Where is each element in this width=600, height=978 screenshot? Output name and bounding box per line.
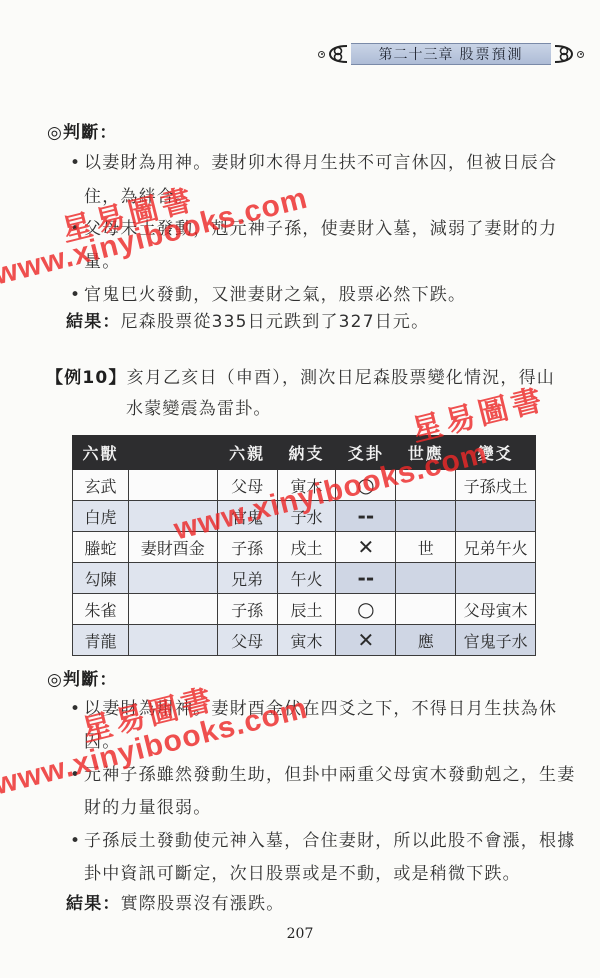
cell-change: 父母寅木	[456, 594, 536, 625]
cell-relative: 官鬼	[217, 501, 277, 532]
section1-bullet-2: •父母未土發動，剋元神子孫，使妻財入墓，減弱了妻財的力	[70, 218, 557, 240]
section2-bullet-2-cont: 財的力量很弱。	[84, 797, 211, 819]
chapter-header: 第二十三章 股票預測	[318, 40, 584, 68]
cell-branch: 午火	[277, 563, 336, 594]
cell-change: 兄弟午火	[456, 532, 536, 563]
cell-relative: 父母	[217, 470, 277, 501]
result-label: 結果：	[66, 894, 121, 914]
table-header-row: 六獸 六親 納支 爻卦 世應 變爻	[73, 436, 536, 470]
bullet-text: 父母未土發動，剋元神子孫，使妻財入墓，減弱了妻財的力	[84, 219, 557, 239]
cell-yao-moving-yin-icon: ✕	[336, 625, 396, 656]
cell-relative: 兄弟	[217, 563, 277, 594]
page-number: 207	[0, 926, 600, 942]
col-header-shiying: 世應	[396, 436, 456, 470]
hexagram-table: 六獸 六親 納支 爻卦 世應 變爻 玄武 父母 寅木 ○ 子孫戌土 白虎	[72, 435, 536, 656]
table-row: 螣蛇 妻財酉金 子孫 戌土 ✕ 世 兄弟午火	[73, 532, 536, 563]
cell-branch: 子水	[277, 501, 336, 532]
cell-shiying: 世	[396, 532, 456, 563]
chapter-number: 第二十三章	[379, 44, 454, 64]
section2-heading: ◎判斷：	[47, 669, 118, 691]
book-page: 第二十三章 股票預測 ◎判斷： •以妻財為用神。妻財卯木得月生扶不可言休囚，但被…	[0, 0, 600, 978]
ornament-dot-icon	[577, 51, 584, 58]
bullet-text: 以妻財為用神。妻財卯木得月生扶不可言休囚，但被日辰合	[84, 153, 557, 173]
cell-beast: 白虎	[73, 501, 129, 532]
col-header-branch: 納支	[277, 436, 336, 470]
result-label: 結果：	[66, 312, 121, 332]
cell-beast: 螣蛇	[73, 532, 129, 563]
cell-relative: 父母	[217, 625, 277, 656]
cell-hidden: 妻財酉金	[128, 532, 217, 563]
bullet-text: 子孫辰土發動使元神入墓，合住妻財，所以此股不會漲，根據	[84, 831, 575, 851]
bullet-dot: •	[70, 764, 84, 786]
bullet-dot: •	[70, 830, 84, 852]
chapter-title: 股票預測	[460, 44, 524, 64]
result-text: 尼森股票從335日元跌到了327日元。	[121, 312, 430, 332]
section1-bullet-3: •官鬼巳火發動，又泄妻財之氣，股票必然下跌。	[70, 284, 466, 306]
bullet-text: 官鬼巳火發動，又泄妻財之氣，股票必然下跌。	[84, 285, 466, 305]
section1-result: 結果：尼森股票從335日元跌到了327日元。	[66, 311, 429, 333]
bullet-text: 以妻財為用神。妻財酉金伏在四爻之下，不得日月生扶為休	[84, 699, 557, 719]
col-header-beast: 六獸	[73, 436, 129, 470]
cell-hidden	[128, 470, 217, 501]
cell-change	[456, 501, 536, 532]
result-text: 實際股票沒有漲跌。	[121, 894, 285, 914]
bullet-dot: •	[70, 284, 84, 306]
cell-change: 子孫戌土	[456, 470, 536, 501]
cell-beast: 勾陳	[73, 563, 129, 594]
cloud-scroll-ornament-icon	[553, 43, 575, 65]
cell-change: 官鬼子水	[456, 625, 536, 656]
section1-heading: ◎判斷：	[47, 122, 118, 144]
cell-hidden	[128, 563, 217, 594]
section2-bullet-1-cont: 囚。	[84, 731, 120, 753]
cell-hidden	[128, 625, 217, 656]
bullet-dot: •	[70, 698, 84, 720]
example-text-line1: 亥月乙亥日（申酉），測次日尼森股票變化情況，得山	[127, 368, 555, 388]
cell-shiying	[396, 594, 456, 625]
cell-yao-moving-yin-icon: ✕	[336, 532, 396, 563]
cell-branch: 寅木	[277, 625, 336, 656]
example-heading: 【例10】亥月乙亥日（申酉），測次日尼森股票變化情況，得山	[46, 367, 555, 389]
cell-branch: 戌土	[277, 532, 336, 563]
col-header-yao: 爻卦	[336, 436, 396, 470]
table-row: 玄武 父母 寅木 ○ 子孫戌土	[73, 470, 536, 501]
table-row: 勾陳 兄弟 午火 --	[73, 563, 536, 594]
cell-yao-yin-icon: --	[336, 501, 396, 532]
col-header-relative: 六親	[217, 436, 277, 470]
table-row: 朱雀 子孫 辰土 ○ 父母寅木	[73, 594, 536, 625]
cell-shiying: 應	[396, 625, 456, 656]
col-header-change: 變爻	[456, 436, 536, 470]
bullet-dot: •	[70, 218, 84, 240]
cell-yao-moving-yang-icon: ○	[336, 470, 396, 501]
section1-bullet-1: •以妻財為用神。妻財卯木得月生扶不可言休囚，但被日辰合	[70, 152, 557, 174]
section2-bullet-1: •以妻財為用神。妻財酉金伏在四爻之下，不得日月生扶為休	[70, 698, 557, 720]
cell-branch: 辰土	[277, 594, 336, 625]
cell-hidden	[128, 594, 217, 625]
cell-shiying	[396, 501, 456, 532]
cell-shiying	[396, 563, 456, 594]
cell-branch: 寅木	[277, 470, 336, 501]
table-row: 白虎 官鬼 子水 --	[73, 501, 536, 532]
cell-yao-yin-icon: --	[336, 563, 396, 594]
cell-hidden	[128, 501, 217, 532]
bullet-text: 元神子孫雖然發動生助，但卦中兩重父母寅木發動剋之，生妻	[84, 765, 575, 785]
example-text-line2: 水蒙變震為雷卦。	[126, 398, 272, 420]
cell-relative: 子孫	[217, 532, 277, 563]
section2-bullet-2: •元神子孫雖然發動生助，但卦中兩重父母寅木發動剋之，生妻	[70, 764, 575, 786]
cell-relative: 子孫	[217, 594, 277, 625]
section1-bullet-1-cont: 住，為絆合。	[84, 186, 193, 208]
example-label: 【例10】	[46, 368, 127, 388]
section1-bullet-2-cont: 量。	[84, 251, 120, 273]
col-header-hidden	[128, 436, 217, 470]
cell-beast: 玄武	[73, 470, 129, 501]
cell-yao-moving-yang-icon: ○	[336, 594, 396, 625]
cell-shiying	[396, 470, 456, 501]
ornament-dot-icon	[318, 51, 325, 58]
cell-change	[456, 563, 536, 594]
bullet-dot: •	[70, 152, 84, 174]
cell-beast: 青龍	[73, 625, 129, 656]
cloud-scroll-ornament-icon	[327, 43, 349, 65]
section2-result: 結果：實際股票沒有漲跌。	[66, 893, 284, 915]
section2-bullet-3-cont: 卦中資訊可斷定，次日股票或是不動，或是稍微下跌。	[84, 863, 521, 885]
section2-bullet-3: •子孫辰土發動使元神入墓，合住妻財，所以此股不會漲，根據	[70, 830, 575, 852]
chapter-title-band: 第二十三章 股票預測	[351, 43, 551, 65]
cell-beast: 朱雀	[73, 594, 129, 625]
table-row: 青龍 父母 寅木 ✕ 應 官鬼子水	[73, 625, 536, 656]
